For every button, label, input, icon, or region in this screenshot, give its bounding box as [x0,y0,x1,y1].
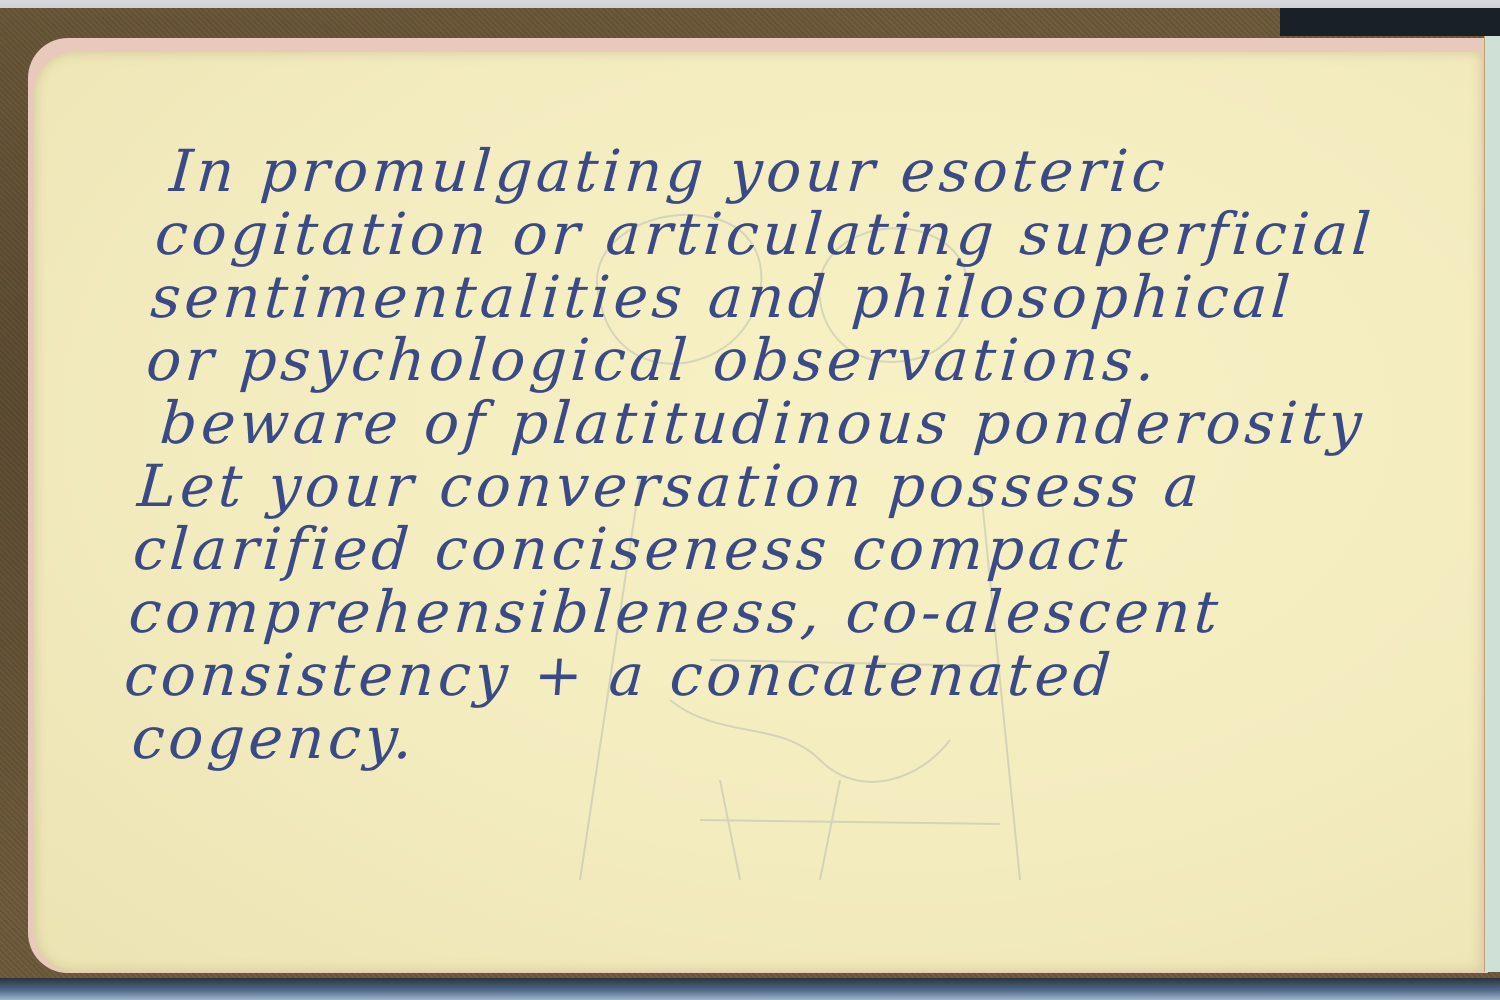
album-photo: In promulgating your esoteric cogitation… [0,0,1500,1000]
handwritten-line: clarified conciseness compact [131,518,1465,581]
handwritten-line: consistency + a concatenated [122,644,1456,707]
handwritten-line: In promulgating your esoteric [168,140,1492,203]
handwritten-line: or psychological observations. [144,329,1478,392]
scan-bottom-edge [0,978,1500,1000]
handwritten-passage: In promulgating your esoteric cogitation… [118,140,1492,770]
handwritten-line: cogency. [130,707,1452,770]
handwritten-line: beware of platitudinous ponderosity [158,392,1474,455]
handwritten-line: sentimentalities and philosophical [149,266,1483,329]
cover-spine-dark [1280,8,1500,36]
handwritten-line: comprehensibleness, co-alescent [127,581,1461,644]
handwritten-line: Let your conversation possess a [136,455,1470,518]
handwritten-line: cogitation or articulating superficial [153,203,1487,266]
